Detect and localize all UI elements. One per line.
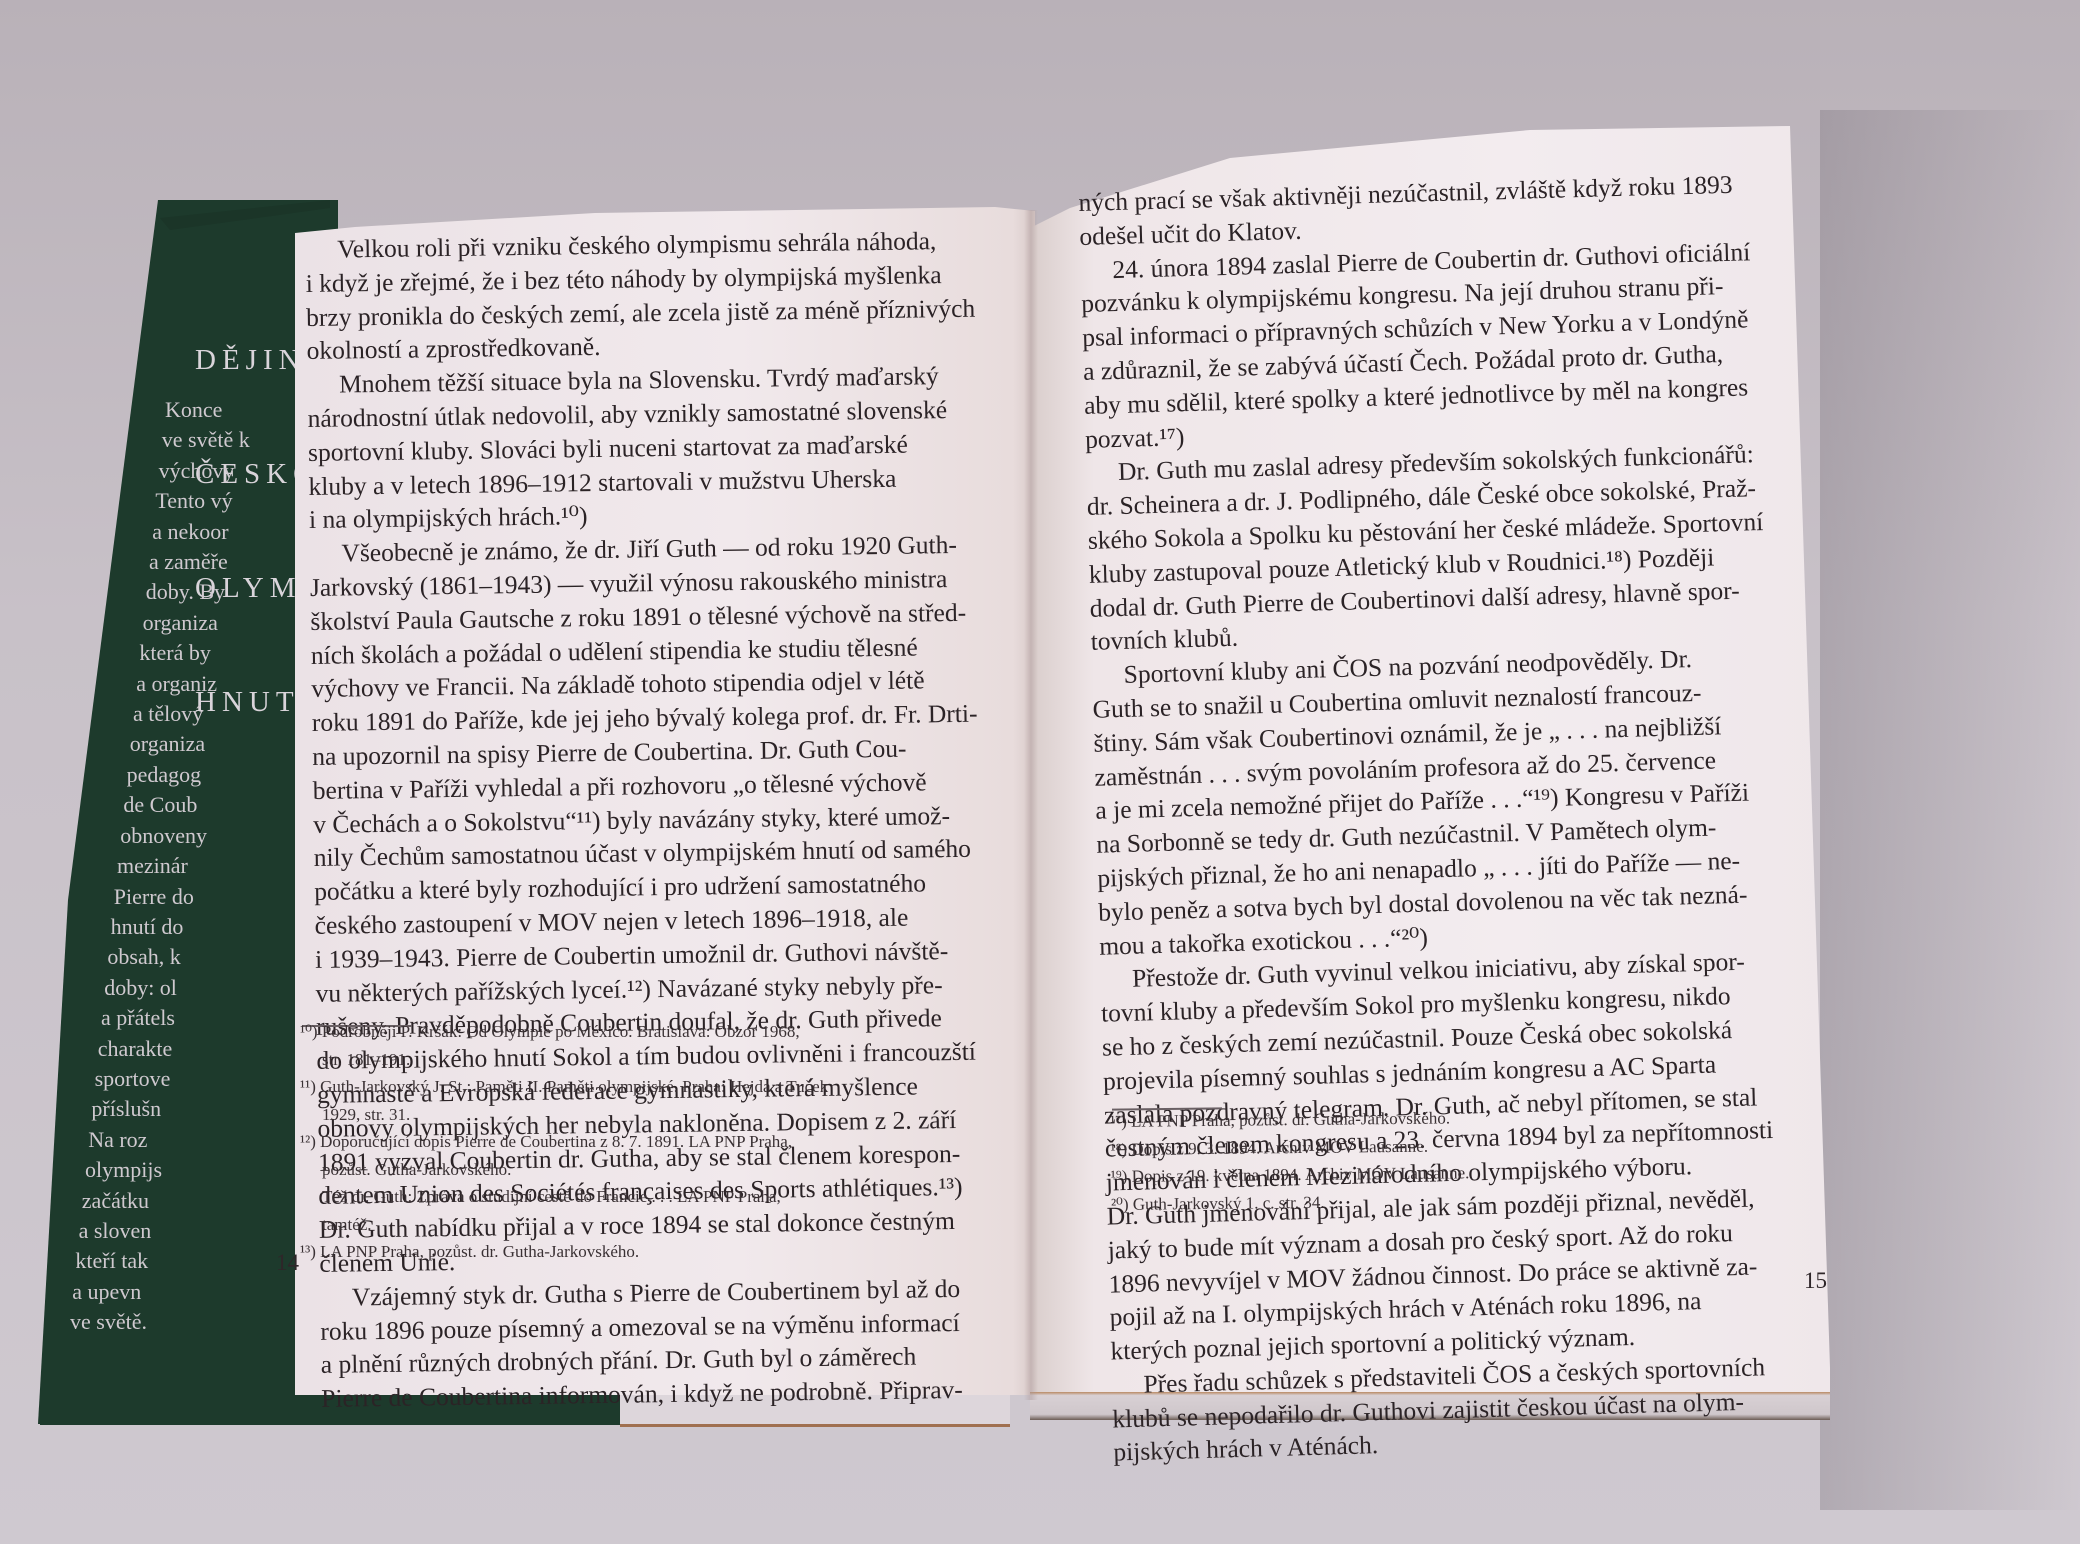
footnote-line: ¹³) LA PNP Praha, pozůst. dr. Gutha-Jark… xyxy=(300,1238,980,1266)
cover-blurb-line: a přátels xyxy=(70,1003,300,1033)
cover-blurb-line: Tento vý xyxy=(70,486,300,516)
footnote-line: ¹¹) Guth-Jarkovský J. St.: Paměti II. Pa… xyxy=(300,1073,980,1101)
cover-blurb-line: doby: ol xyxy=(70,973,300,1003)
cover-blurb-line: a organiz xyxy=(70,669,300,699)
page-number-left: 14 xyxy=(276,1250,299,1276)
photo-scene: DĚJIN ČESKO OLYM HNUT Konceve světě kvýc… xyxy=(0,0,2080,1544)
right-page-body: ných prací se však aktivněji nezúčastnil… xyxy=(1078,166,1834,1470)
cover-blurb-line: obnoveny xyxy=(70,821,300,851)
cover-blurb-line: mezinár xyxy=(70,851,300,881)
cover-blurb-line: a nekoor xyxy=(70,517,300,547)
footnote-line: ¹²) Doporučující dopis Pierre de Coubert… xyxy=(300,1128,980,1156)
cover-blurb-line: která by xyxy=(70,638,300,668)
cover-blurb-line: ve světě k xyxy=(70,425,300,455)
footnote-line: Též dr. Guth: Zpráva o studijní cestě do… xyxy=(300,1183,980,1211)
right-page-footnotes: ¹⁷) LA PNP Praha, pozůst. dr. Gutha-Jark… xyxy=(1110,1102,1731,1218)
cover-blurb-line: doby. By xyxy=(70,577,300,607)
cover-blurb-line: a zaměře xyxy=(70,547,300,577)
cover-blurb-line: organiza xyxy=(70,608,300,638)
cover-blurb-line: pedagog xyxy=(70,760,300,790)
cover-blurb-line: hnutí do xyxy=(70,912,300,942)
cover-blurb-line: začátku xyxy=(70,1186,300,1216)
cover-blurb-line: a sloven xyxy=(70,1216,300,1246)
cover-blurb-line: příslušn xyxy=(70,1094,300,1124)
book-gutter xyxy=(1024,210,1038,1400)
page-number-right: 15 xyxy=(1804,1268,1827,1294)
cover-blurb-line: sportove xyxy=(70,1064,300,1094)
cover-blurb: Konceve světě kvýchovyTento výa nekoora … xyxy=(70,395,300,1338)
footnote-line: ¹⁰) Podrobněji P. Kršák: Od Olympie po M… xyxy=(300,1018,980,1046)
footnote-line: 1929, str. 31. xyxy=(300,1101,980,1129)
footnote-line: pozůst. Gutha-Jarkovského. xyxy=(300,1156,980,1184)
cover-blurb-line: Konce xyxy=(70,395,300,425)
cover-blurb-line: ve světě. xyxy=(70,1307,300,1337)
footnote-line: str. 181–191. xyxy=(300,1046,980,1074)
cover-blurb-line: Na roz xyxy=(70,1125,300,1155)
cover-blurb-line: kteří tak xyxy=(70,1246,300,1276)
cover-blurb-line: charakte xyxy=(70,1034,300,1064)
cover-blurb-line: obsah, k xyxy=(70,942,300,972)
cover-blurb-line: olympijs xyxy=(70,1155,300,1185)
footnote-line: tamtéž. xyxy=(300,1211,980,1239)
cover-blurb-line: organiza xyxy=(70,729,300,759)
cover-blurb-line: Pierre do xyxy=(70,882,300,912)
cover-blurb-line: a tělový xyxy=(70,699,300,729)
cover-blurb-line: de Coub xyxy=(70,790,300,820)
book-shadow xyxy=(1820,110,2080,1510)
cover-blurb-line: a upevn xyxy=(70,1277,300,1307)
left-page-footnotes: ¹⁰) Podrobněji P. Kršák: Od Olympie po M… xyxy=(300,1018,980,1266)
cover-blurb-line: výchovy xyxy=(70,456,300,486)
